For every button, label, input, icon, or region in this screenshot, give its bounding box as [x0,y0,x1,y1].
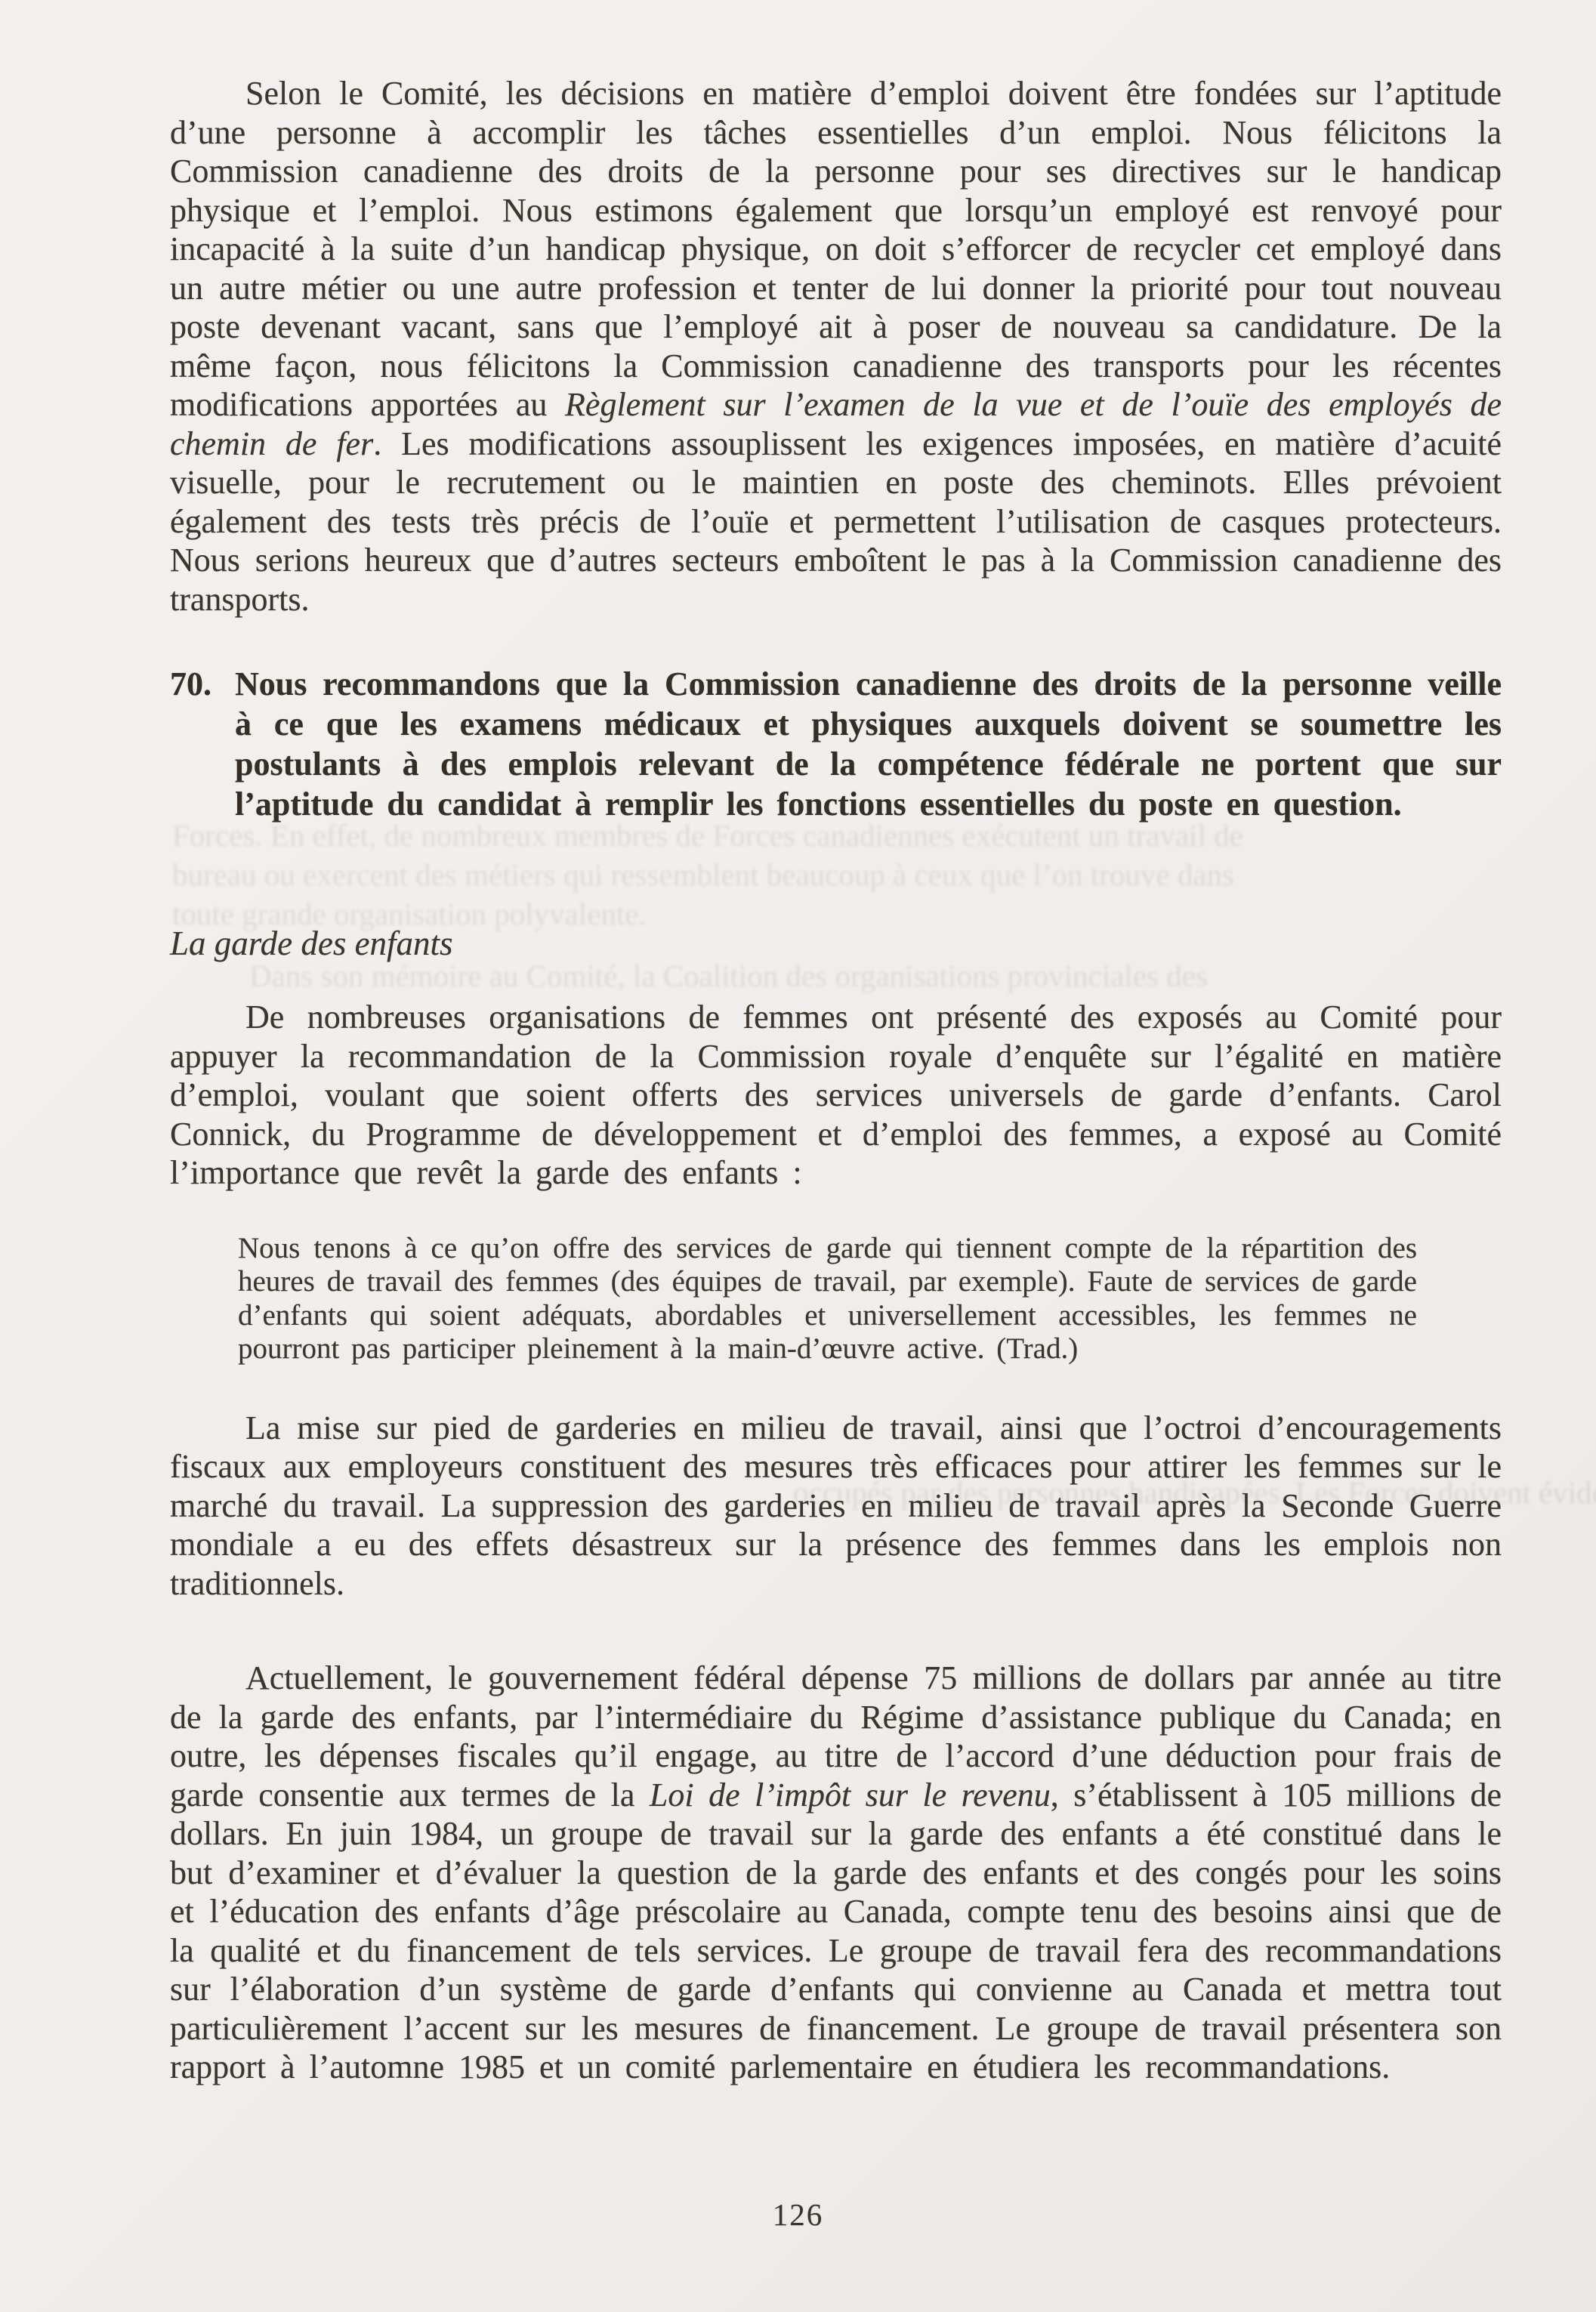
page-number: 126 [0,2196,1596,2233]
paragraph-3: La mise sur pied de garderies en milieu … [170,1409,1502,1604]
paragraph-1-text: Selon le Comité, les décisions en matièr… [170,75,1502,423]
text-block: Selon le Comité, les décisions en matièr… [170,74,1502,2087]
block-quotation: Nous tenons à ce qu’on offre des service… [238,1232,1417,1366]
paragraph-4-act-title: Loi de l’impôt sur le revenu [650,1776,1051,1813]
document-page: Forces. En effet, de nombreux membres de… [0,0,1596,2312]
paragraph-4: Actuellement, le gouvernement fédéral dé… [170,1659,1502,2087]
paragraph-1: Selon le Comité, les décisions en matièr… [170,74,1502,619]
recommendation-70: 70. Nous recommandons que la Commission … [170,664,1502,824]
section-heading: La garde des enfants [170,924,1502,963]
recommendation-number: 70. [170,664,235,824]
paragraph-4-text-continued: , s’établissent à 105 millions de dollar… [170,1776,1502,2086]
paragraph-2: De nombreuses organisations de femmes on… [170,998,1502,1193]
recommendation-text: Nous recommandons que la Commission cana… [235,664,1502,824]
